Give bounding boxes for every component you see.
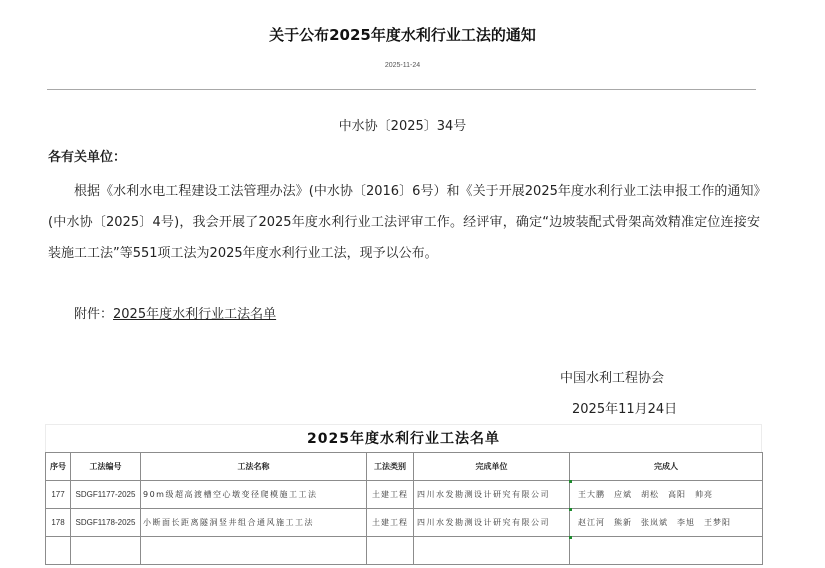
cell-unit: 四川水发勘测设计研究有限公司 bbox=[414, 509, 570, 537]
method-list-sheet: 2025年度水利行业工法名单 序号 工法编号 工法名称 工法类别 完成单位 完成… bbox=[45, 424, 762, 565]
attachment: 附件：2025年度水利行业工法名单 bbox=[74, 303, 276, 322]
cell-name: 小断面长距离隧洞竖井组合通风施工工法 bbox=[141, 509, 367, 537]
cell-people-text: 王大鹏 应斌 胡松 高阳 帅亮 bbox=[578, 490, 713, 499]
cell-empty bbox=[414, 537, 570, 565]
cell-category: 土建工程 bbox=[367, 509, 414, 537]
attachment-label: 附件： bbox=[74, 307, 113, 322]
table-row-partial bbox=[46, 537, 763, 565]
cell-people: 赵江河 熊新 张岚斌 李旭 王梦阳 bbox=[570, 509, 763, 537]
cell-empty bbox=[367, 537, 414, 565]
sheet-title: 2025年度水利行业工法名单 bbox=[45, 424, 762, 452]
salutation: 各有关单位： bbox=[48, 146, 126, 165]
cell-code: SDGF1178-2025 bbox=[71, 509, 141, 537]
column-header-name: 工法名称 bbox=[141, 453, 367, 481]
comment-indicator-icon bbox=[569, 480, 572, 483]
cell-people-text: 赵江河 熊新 张岚斌 李旭 王梦阳 bbox=[578, 518, 731, 527]
cell-empty bbox=[46, 537, 71, 565]
comment-indicator-icon bbox=[569, 508, 572, 511]
column-header-no: 序号 bbox=[46, 453, 71, 481]
comment-indicator-icon bbox=[569, 536, 572, 539]
cell-code: SDGF1177-2025 bbox=[71, 481, 141, 509]
cell-empty bbox=[570, 537, 763, 565]
cell-name: 90m级超高渡槽空心墩变径爬模施工工法 bbox=[141, 481, 367, 509]
column-header-unit: 完成单位 bbox=[414, 453, 570, 481]
divider bbox=[47, 89, 756, 90]
column-header-people: 完成人 bbox=[570, 453, 763, 481]
column-header-code: 工法编号 bbox=[71, 453, 141, 481]
cell-category: 土建工程 bbox=[367, 481, 414, 509]
column-header-category: 工法类别 bbox=[367, 453, 414, 481]
cell-empty bbox=[141, 537, 367, 565]
cell-empty bbox=[71, 537, 141, 565]
table-row: 178 SDGF1178-2025 小断面长距离隧洞竖井组合通风施工工法 土建工… bbox=[46, 509, 763, 537]
page-title: 关于公布2025年度水利行业工法的通知 bbox=[0, 24, 805, 45]
attachment-link[interactable]: 2025年度水利行业工法名单 bbox=[113, 307, 276, 322]
document-number: 中水协〔2025〕34号 bbox=[0, 115, 805, 134]
cell-people: 王大鹏 应斌 胡松 高阳 帅亮 bbox=[570, 481, 763, 509]
cell-unit: 四川水发勘测设计研究有限公司 bbox=[414, 481, 570, 509]
body-paragraph: 根据《水利水电工程建设工法管理办法》(中水协〔2016〕6号）和《关于开展202… bbox=[48, 176, 760, 269]
signature-date: 2025年11月24日 bbox=[572, 398, 677, 417]
cell-no: 178 bbox=[46, 509, 71, 537]
publish-date: 2025-11-24 bbox=[0, 62, 805, 69]
notice-page: 关于公布2025年度水利行业工法的通知 2025-11-24 中水协〔2025〕… bbox=[0, 0, 825, 568]
table-header-row: 序号 工法编号 工法名称 工法类别 完成单位 完成人 bbox=[46, 453, 763, 481]
issuer-name: 中国水利工程协会 bbox=[560, 367, 664, 386]
table-row: 177 SDGF1177-2025 90m级超高渡槽空心墩变径爬模施工工法 土建… bbox=[46, 481, 763, 509]
method-list-table: 序号 工法编号 工法名称 工法类别 完成单位 完成人 177 SDGF1177-… bbox=[45, 452, 763, 565]
cell-no: 177 bbox=[46, 481, 71, 509]
